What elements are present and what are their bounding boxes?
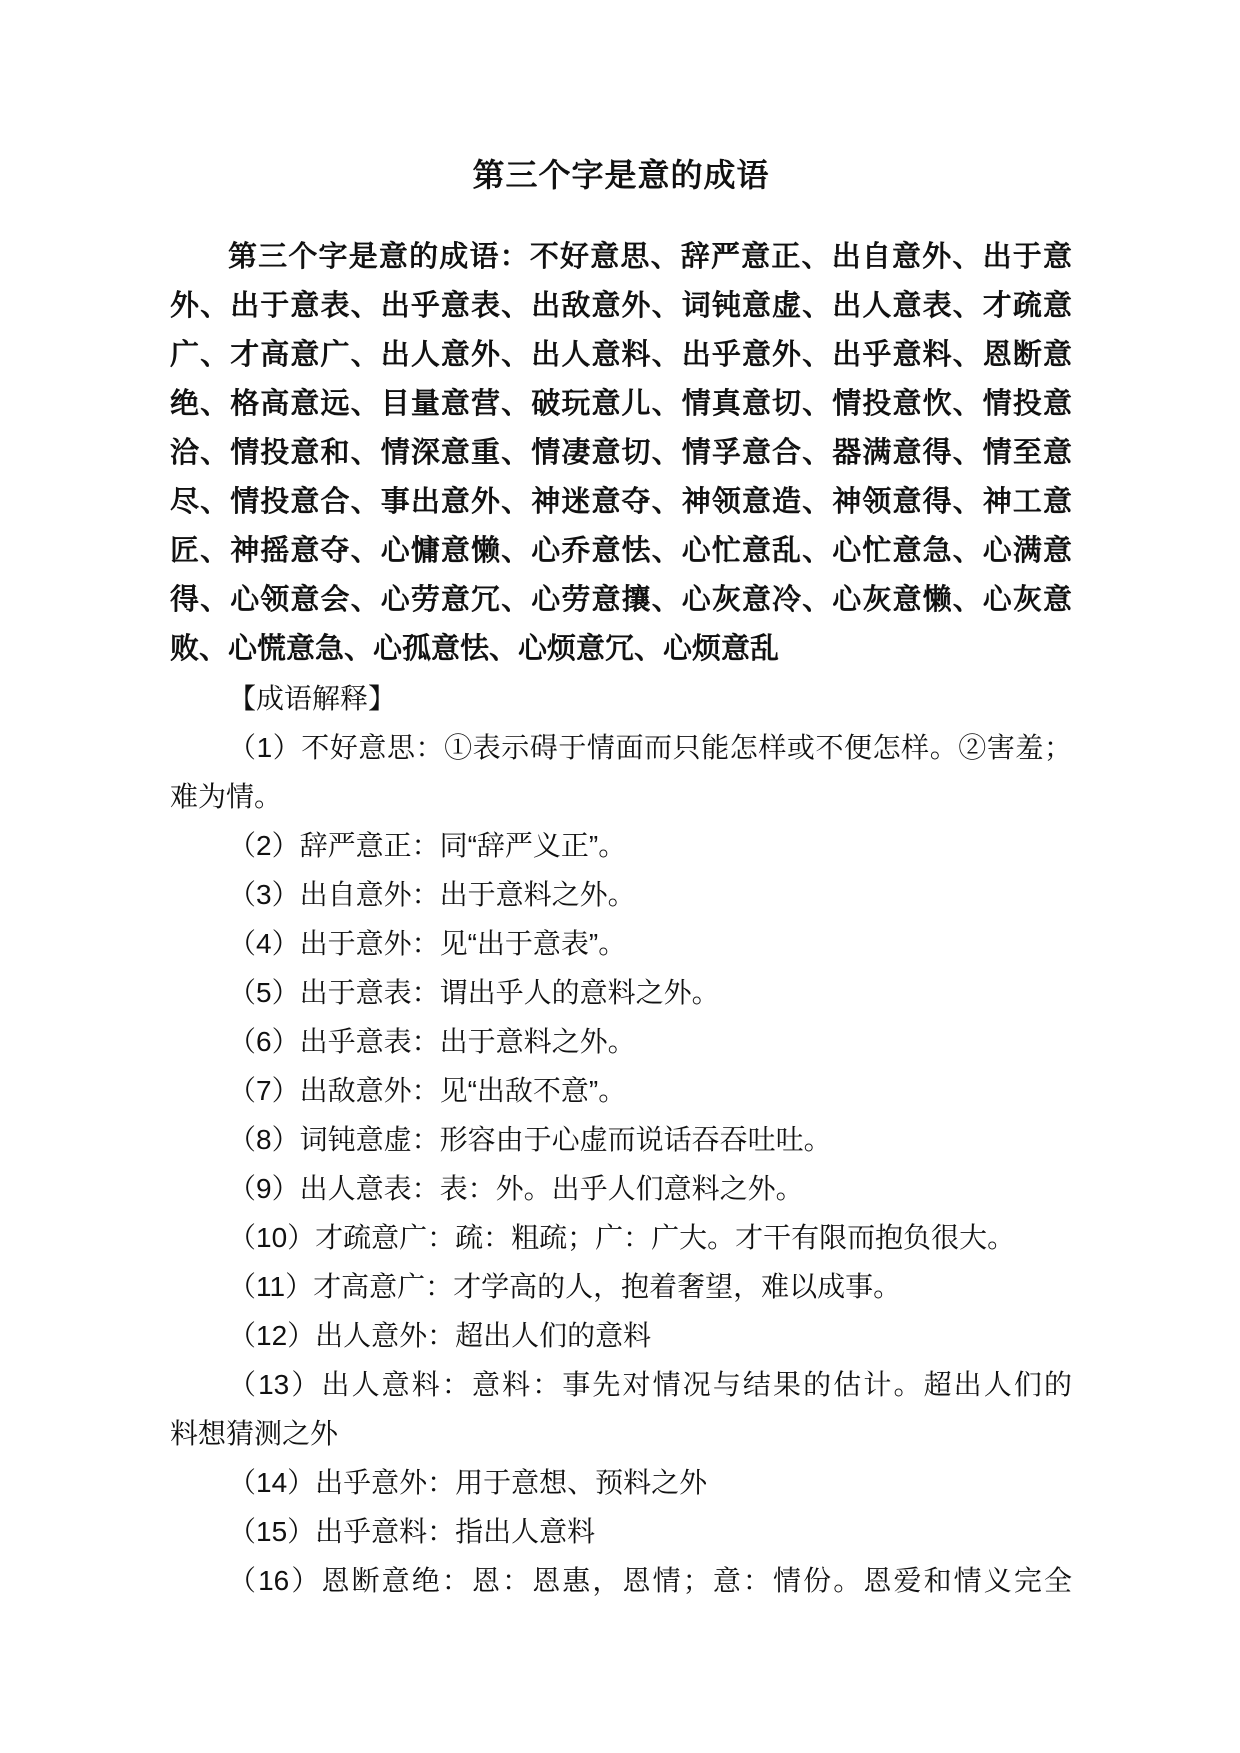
text-line: 得、心领意会、心劳意冗、心劳意攘、心灰意冷、心灰意懒、心灰意 — [170, 576, 1072, 625]
text-line: （15）出乎意料：指出人意料 — [170, 1507, 1072, 1556]
text-line: （1）不好意思：①表示碍于情面而只能怎样或不便怎样。②害羞； — [170, 723, 1072, 772]
text-line: （2）辞严意正：同“辞严义正”。 — [170, 821, 1072, 870]
text-line: （10）才疏意广：疏：粗疏；广：广大。才干有限而抱负很大。 — [170, 1213, 1072, 1262]
text-line: 广、才高意广、出人意外、出人意料、出乎意外、出乎意料、恩断意 — [170, 331, 1072, 380]
text-line: （13）出人意料：意料：事先对情况与结果的估计。超出人们的 — [170, 1360, 1072, 1409]
text-line: （8）词钝意虚：形容由于心虚而说话吞吞吐吐。 — [170, 1115, 1072, 1164]
text-line: （11）才高意广：才学高的人，抱着奢望，难以成事。 — [170, 1262, 1072, 1311]
text-line: （6）出乎意表：出于意料之外。 — [170, 1017, 1072, 1066]
text-line: 匠、神摇意夺、心慵意懒、心乔意怯、心忙意乱、心忙意急、心满意 — [170, 527, 1072, 576]
document-body: 第三个字是意的成语：不好意思、辞严意正、出自意外、出于意外、出于意表、出乎意表、… — [170, 233, 1072, 1605]
section-header: 【成语解释】 — [170, 674, 1072, 723]
text-line: （12）出人意外：超出人们的意料 — [170, 1311, 1072, 1360]
text-line: （9）出人意表：表：外。出乎人们意料之外。 — [170, 1164, 1072, 1213]
text-line: （5）出于意表：谓出乎人的意料之外。 — [170, 968, 1072, 1017]
text-line: 败、心慌意急、心孤意怯、心烦意冗、心烦意乱 — [170, 625, 1072, 674]
text-line: 难为情。 — [170, 772, 1072, 821]
text-line: （14）出乎意外：用于意想、预料之外 — [170, 1458, 1072, 1507]
page-title: 第三个字是意的成语 — [170, 151, 1072, 200]
text-line: 外、出于意表、出乎意表、出敌意外、词钝意虚、出人意表、才疏意 — [170, 282, 1072, 331]
text-line: （7）出敌意外：见“出敌不意”。 — [170, 1066, 1072, 1115]
text-line: （16）恩断意绝：恩：恩惠，恩情；意：情份。恩爱和情义完全 — [170, 1556, 1072, 1605]
idiom-list-paragraph: 第三个字是意的成语：不好意思、辞严意正、出自意外、出于意外、出于意表、出乎意表、… — [170, 233, 1072, 674]
text-line: （3）出自意外：出于意料之外。 — [170, 870, 1072, 919]
text-line: 绝、格高意远、目量意营、破玩意儿、情真意切、情投意忺、情投意 — [170, 380, 1072, 429]
text-line: 洽、情投意和、情深意重、情凄意切、情孚意合、器满意得、情至意 — [170, 429, 1072, 478]
text-line: （4）出于意外：见“出于意表”。 — [170, 919, 1072, 968]
document-page: 第三个字是意的成语 第三个字是意的成语：不好意思、辞严意正、出自意外、出于意外、… — [0, 0, 1240, 1753]
text-line: 尽、情投意合、事出意外、神迷意夺、神领意造、神领意得、神工意 — [170, 478, 1072, 527]
explanations-list: （1）不好意思：①表示碍于情面而只能怎样或不便怎样。②害羞；难为情。（2）辞严意… — [170, 723, 1072, 1605]
text-line: 料想猜测之外 — [170, 1409, 1072, 1458]
text-line: 第三个字是意的成语：不好意思、辞严意正、出自意外、出于意 — [170, 233, 1072, 282]
